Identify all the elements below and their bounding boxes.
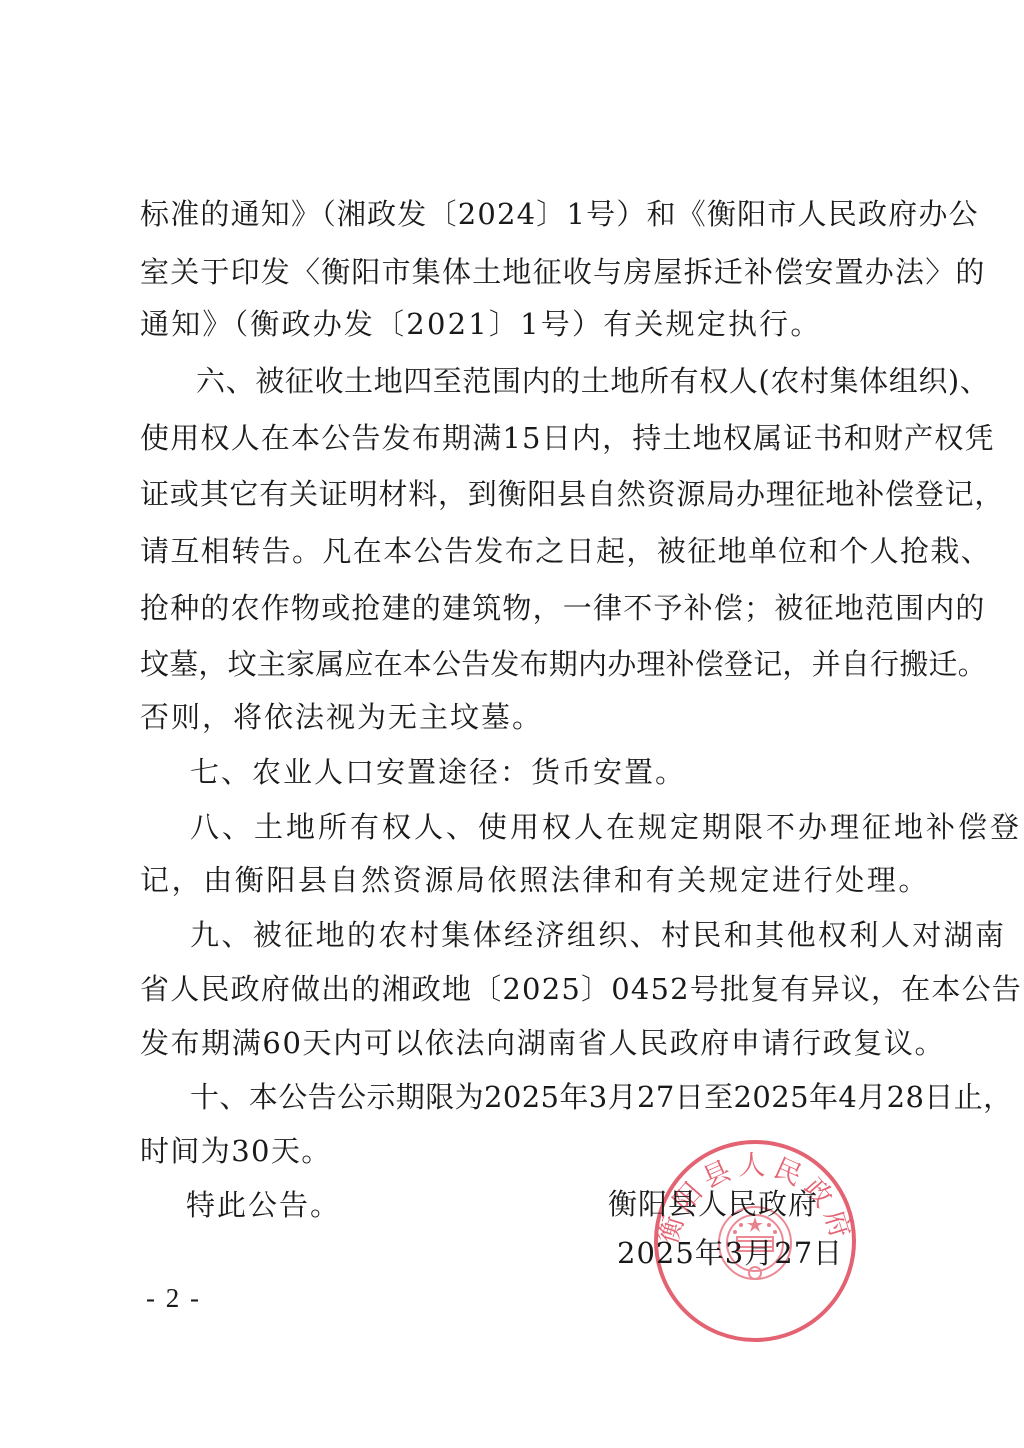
issue-date: 2025年3月27日 — [617, 1235, 843, 1271]
section-6-line-5: 抢种的农作物或抢建的建筑物，一律不予补偿；被征地范围内的 — [140, 590, 986, 626]
section-6-line-4: 请互相转告。凡在本公告发布之日起，被征地单位和个人抢栽、 — [140, 533, 991, 569]
section-9-line-3: 发布期满60天内可以依法向湖南省人民政府申请行政复议。 — [140, 1025, 945, 1061]
section-8-line-2: 记，由衡阳县自然资源局依照法律和有关规定进行处理。 — [140, 862, 930, 898]
body-line-3: 通知》（衡政办发〔2021〕1号）有关规定执行。 — [140, 306, 822, 342]
section-6-line-7: 否则，将依法视为无主坟墓。 — [140, 699, 543, 735]
section-9-line-1: 九、被征地的农村集体经济组织、村民和其他权利人对湖南 — [190, 917, 1006, 953]
body-line-1: 标准的通知》（湘政发〔2024〕1号）和《衡阳市人民政府办公 — [140, 196, 979, 232]
section-6-line-6: 坟墓，坟主家属应在本公告发布期内办理补偿登记，并自行搬迁。 — [140, 646, 987, 682]
page-number: - 2 - — [146, 1283, 201, 1314]
section-6-line-1: 六、被征收土地四至范围内的土地所有权人(农村集体组织)、 — [196, 363, 989, 399]
section-6-line-2: 使用权人在本公告发布期满15日内，持土地权属证书和财产权凭 — [140, 420, 995, 456]
section-10-line-2: 时间为30天。 — [140, 1133, 332, 1169]
issuer-name: 衡阳县人民政府 — [608, 1186, 818, 1222]
body-line-2: 室关于印发〈衡阳市集体土地征收与房屋拆迁补偿安置办法〉的 — [140, 254, 986, 290]
closing-statement: 特此公告。 — [186, 1187, 341, 1223]
section-10-line-1: 十、本公告公示期限为2025年3月27日至2025年4月28日止， — [190, 1079, 1013, 1115]
document-page: 标准的通知》（湘政发〔2024〕1号）和《衡阳市人民政府办公 室关于印发〈衡阳市… — [0, 0, 1024, 1448]
section-6-line-3: 证或其它有关证明材料，到衡阳县自然资源局办理征地补偿登记， — [140, 476, 1004, 512]
section-7: 七、农业人口安置途径：货币安置。 — [190, 754, 686, 790]
section-8-line-1: 八、土地所有权人、使用权人在规定期限不办理征地补偿登 — [190, 809, 1022, 845]
section-9-line-2: 省人民政府做出的湘政地〔2025〕0452号批复有异议，在本公告 — [140, 971, 1022, 1007]
